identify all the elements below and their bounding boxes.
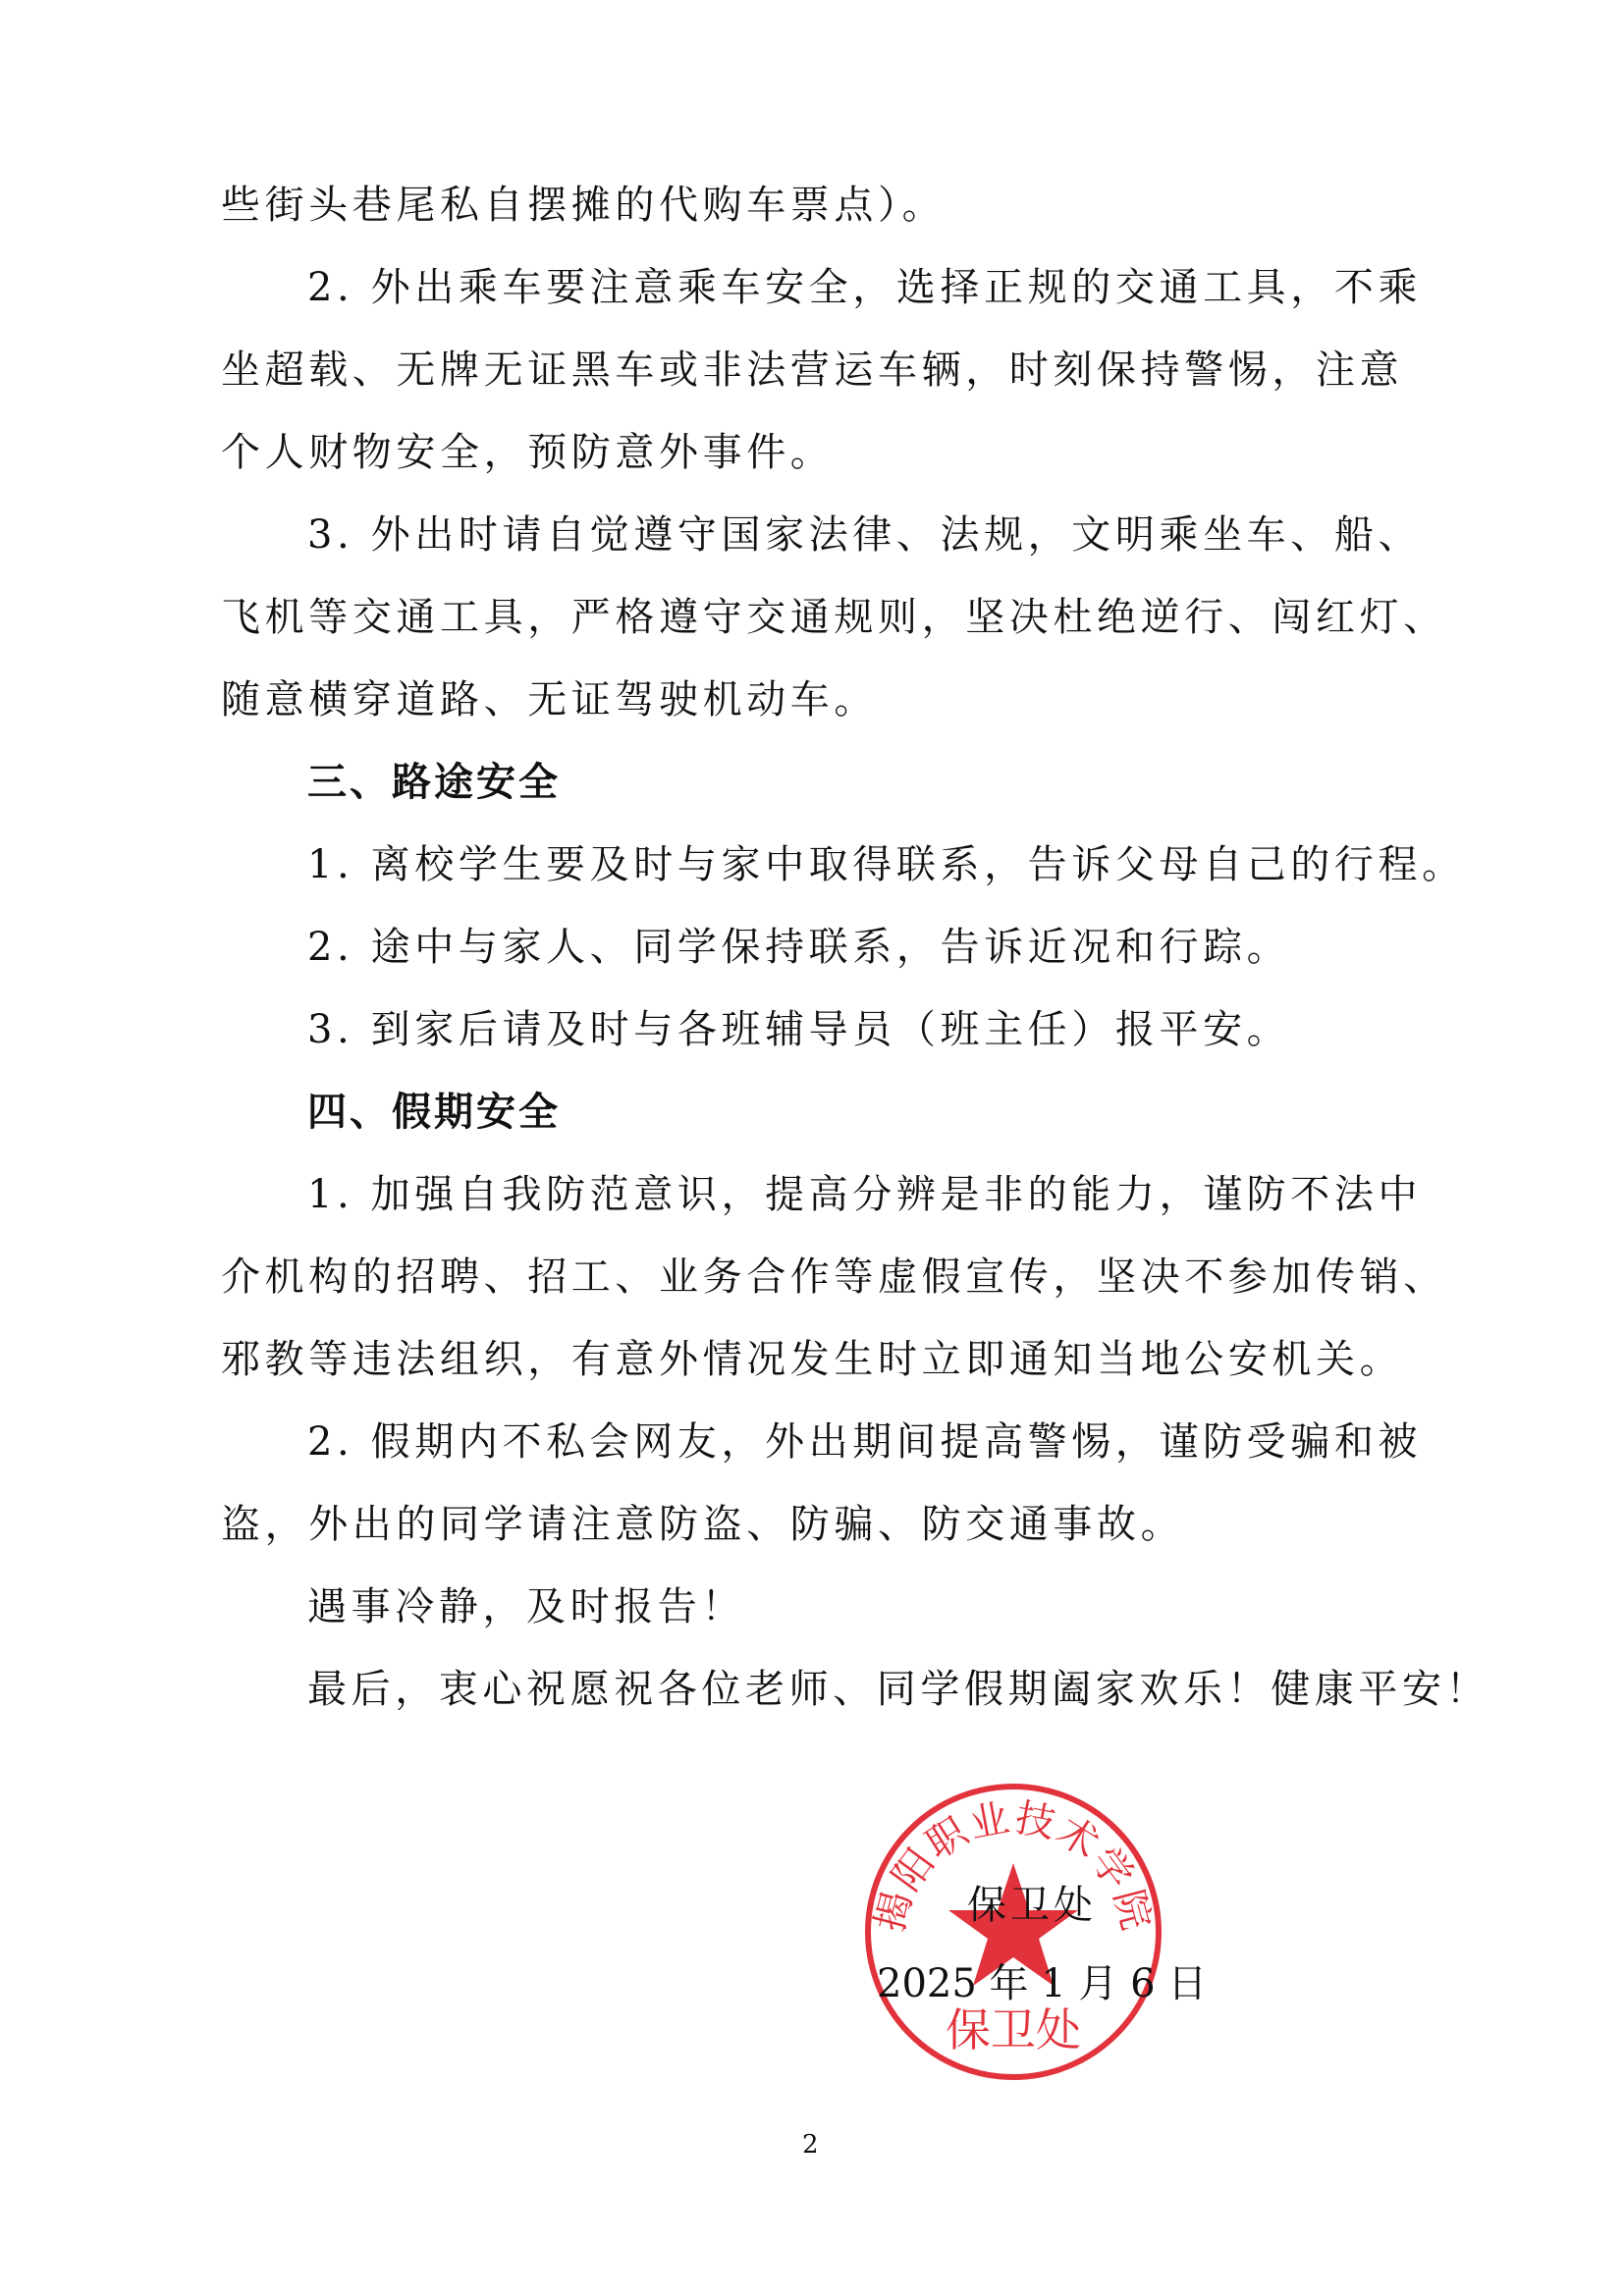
- section-heading-route-safety: 三、路途安全: [307, 758, 1409, 807]
- paragraph-line: 1. 加强自我防范意识，提高分辨是非的能力，谨防不法中: [307, 1170, 1409, 1219]
- closing-line: 最后，衷心祝愿祝各位老师、同学假期阖家欢乐！健康平安！: [307, 1665, 1409, 1714]
- paragraph-line: 2. 假期内不私会网友，外出期间提高警惕，谨防受骗和被: [307, 1417, 1409, 1467]
- official-seal-stamp: 揭阳职业技术学院 保卫处: [860, 1779, 1166, 2085]
- paragraph-line: 2. 外出乘车要注意乘车安全，选择正规的交通工具，不乘: [307, 263, 1409, 312]
- paragraph-line: 飞机等交通工具，严格遵守交通规则，坚决杜绝逆行、闯红灯、: [221, 593, 1409, 642]
- paragraph-line: 些街头巷尾私自摆摊的代购车票点）。: [221, 181, 1409, 230]
- paragraph-line: 3. 外出时请自觉遵守国家法律、法规，文明乘坐车、船、: [307, 510, 1409, 560]
- paragraph-line: 坐超载、无牌无证黑车或非法营运车辆，时刻保持警惕，注意: [221, 346, 1409, 395]
- document-page: 些街头巷尾私自摆摊的代购车票点）。 2. 外出乘车要注意乘车安全，选择正规的交通…: [0, 0, 1624, 2296]
- paragraph-line: 盗，外出的同学请注意防盗、防骗、防交通事故。: [221, 1500, 1409, 1549]
- paragraph-line: 邪教等违法组织，有意外情况发生时立即通知当地公安机关。: [221, 1335, 1409, 1384]
- signature-department: 保卫处: [967, 1881, 1097, 1930]
- paragraph-line: 2. 途中与家人、同学保持联系，告诉近况和行踪。: [307, 923, 1409, 972]
- page-number: 2: [802, 2130, 819, 2160]
- paragraph-line: 1. 离校学生要及时与家中取得联系，告诉父母自己的行程。: [307, 840, 1409, 889]
- paragraph-line: 随意横穿道路、无证驾驶机动车。: [221, 675, 1409, 724]
- seal-center-text: 保卫处: [946, 2003, 1081, 2056]
- signature-date: 2025 年 1 月 6 日: [877, 1959, 1207, 2008]
- section-heading-holiday-safety: 四、假期安全: [307, 1088, 1409, 1137]
- paragraph-line: 遇事冷静，及时报告！: [307, 1582, 1409, 1631]
- paragraph-line: 介机构的招聘、招工、业务合作等虚假宣传，坚决不参加传销、: [221, 1253, 1409, 1302]
- paragraph-line: 个人财物安全，预防意外事件。: [221, 428, 1409, 477]
- paragraph-line: 3. 到家后请及时与各班辅导员（班主任）报平安。: [307, 1005, 1409, 1054]
